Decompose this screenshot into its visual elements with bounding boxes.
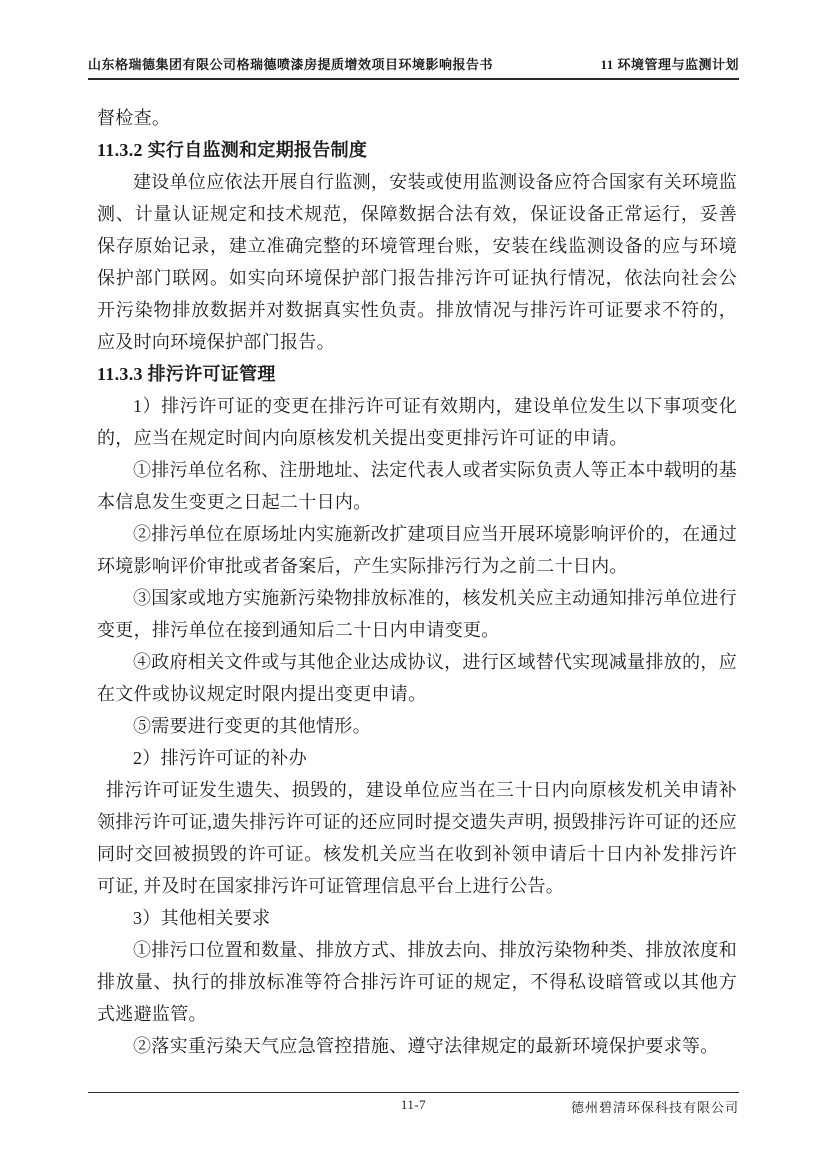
paragraph: ②排污单位在原场址内实施新改扩建项目应当开展环境影响评价的，在通过环境影响评价审… xyxy=(97,518,737,582)
paragraph: ②落实重污染天气应急管控措施、遵守法律规定的最新环境保护要求等。 xyxy=(97,1030,737,1062)
paragraph: ①排污口位置和数量、排放方式、排放去向、排放污染物种类、排放浓度和排放量、执行的… xyxy=(97,934,737,1030)
paragraph: 2）排污许可证的补办 xyxy=(97,742,737,774)
paragraph: 3）其他相关要求 xyxy=(97,902,737,934)
document-body: 督检查。11.3.2 实行自监测和定期报告制度建设单位应依法开展自行监测，安装或… xyxy=(97,102,737,1062)
header-report-title: 山东格瑞德集团有限公司格瑞德喷漆房提质增效项目环境影响报告书 xyxy=(88,54,493,73)
running-header: 山东格瑞德集团有限公司格瑞德喷漆房提质增效项目环境影响报告书 11 环境管理与监… xyxy=(88,54,739,80)
footer-publisher: 德州碧清环保科技有限公司 xyxy=(571,1097,739,1116)
paragraph: ⑤需要进行变更的其他情形。 xyxy=(97,710,737,742)
header-chapter-title: 11 环境管理与监测计划 xyxy=(600,54,739,73)
paragraph: ③国家或地方实施新污染物排放标准的，核发机关应主动通知排污单位进行变更，排污单位… xyxy=(97,582,737,646)
paragraph: 建设单位应依法开展自行监测，安装或使用监测设备应符合国家有关环境监测、计量认证规… xyxy=(97,166,737,358)
paragraph: 督检查。 xyxy=(97,102,737,134)
running-footer: 11-7 德州碧清环保科技有限公司 xyxy=(88,1092,739,1123)
paragraph: ④政府相关文件或与其他企业达成协议，进行区域替代实现减量排放的，应在文件或协议规… xyxy=(97,646,737,710)
section-heading: 11.3.3 排污许可证管理 xyxy=(97,358,737,390)
section-heading: 11.3.2 实行自监测和定期报告制度 xyxy=(97,134,737,166)
paragraph: 1）排污许可证的变更在排污许可证有效期内，建设单位发生以下事项变化的，应当在规定… xyxy=(97,390,737,454)
paragraph: 排污许可证发生遗失、损毁的，建设单位应当在三十日内向原核发机关申请补领排污许可证… xyxy=(97,774,737,902)
document-page: 山东格瑞德集团有限公司格瑞德喷漆房提质增效项目环境影响报告书 11 环境管理与监… xyxy=(0,0,827,1169)
paragraph: ①排污单位名称、注册地址、法定代表人或者实际负责人等正本中载明的基本信息发生变更… xyxy=(97,454,737,518)
